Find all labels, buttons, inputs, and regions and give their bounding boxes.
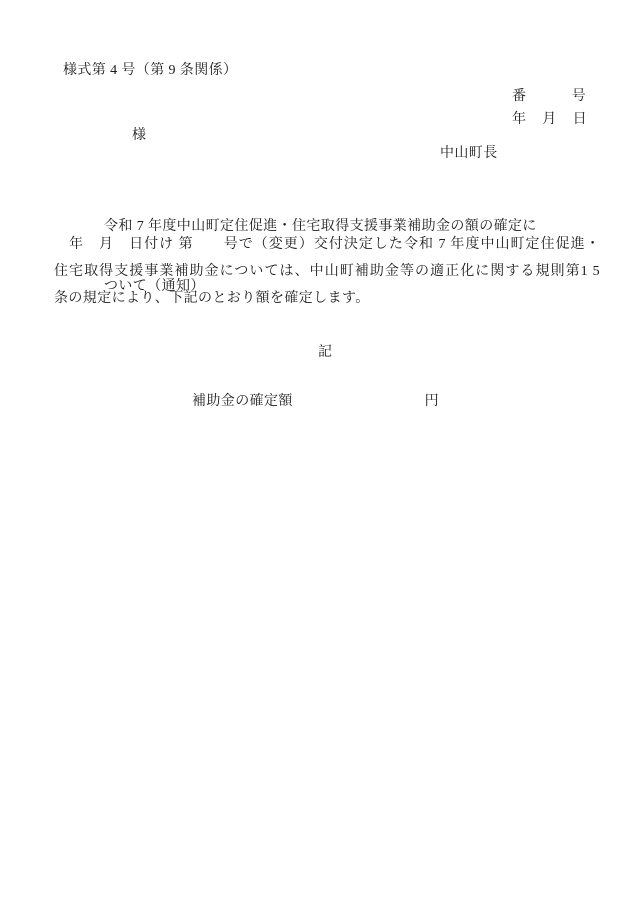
amount-row: 補助金の確定額 円 [192, 390, 439, 410]
form-number-line: 様式第 4 号（第 9 条関係） [63, 59, 237, 79]
number-label-go: 号 [572, 85, 586, 105]
body-line-1: 年 月 日付け 第 号で（変更）交付決定した令和 7 年度中山町定住促進・ [54, 231, 600, 258]
document-number-line: 番 号 [512, 85, 586, 105]
date-label-month: 月 [542, 108, 556, 128]
amount-label: 補助金の確定額 [192, 390, 293, 410]
document-page: 様式第 4 号（第 9 条関係） 番 号 年 月 日 様 中山町長 令和 7 年… [0, 0, 630, 903]
amount-unit: 円 [425, 390, 439, 410]
body-line-3: 条の規定により、下記のとおり額を確定します。 [54, 285, 600, 312]
addressee-suffix: 様 [132, 124, 146, 144]
body-line-2: 住宅取得支援事業補助金については、中山町補助金等の適正化に関する規則第1 5 [54, 258, 600, 285]
body-paragraph: 年 月 日付け 第 号で（変更）交付決定した令和 7 年度中山町定住促進・ 住宅… [54, 231, 600, 312]
number-label-ban: 番 [512, 85, 526, 105]
date-label-day: 日 [573, 108, 587, 128]
section-marker: 記 [318, 341, 332, 361]
date-line: 年 月 日 [512, 108, 587, 128]
date-label-year: 年 [512, 108, 526, 128]
sender-line: 中山町長 [440, 142, 498, 162]
